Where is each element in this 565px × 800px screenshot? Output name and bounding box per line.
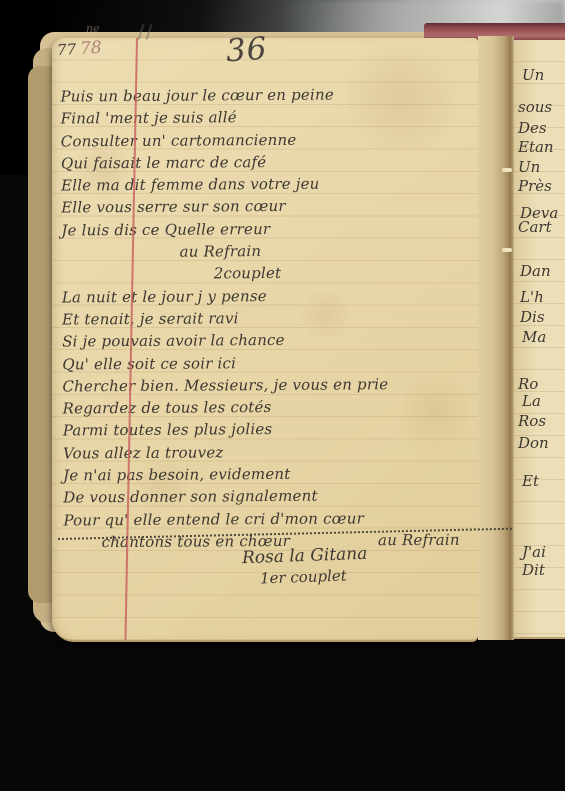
lyric-line: Regardez de tous les cotés	[63, 395, 479, 420]
left-page: Puis un beau jour le cœur en peine Final…	[52, 38, 478, 642]
next-page-edge: Un sous Des Etan Un Près Deva Cart Dan L…	[514, 40, 565, 639]
lyric-line: Si je pouvais avoir la chance	[62, 328, 478, 353]
next-page-line-fragment: Dit	[522, 561, 545, 579]
lyric-line: De vous donner son signalement	[63, 484, 479, 509]
next-page-line-fragment: Ma	[522, 328, 546, 346]
next-page-line-fragment: Dan	[520, 262, 551, 280]
lyric-line: Et tenait, je serait ravi	[62, 306, 478, 331]
next-page-line-fragment: Des	[518, 119, 547, 137]
paper-nick	[502, 168, 512, 172]
next-page-line-fragment: Ros	[518, 412, 546, 430]
corner-number-faded: 78	[80, 38, 103, 59]
lyric-line: Final 'ment je suis allé	[61, 105, 477, 130]
next-page-line-fragment: Etan	[518, 138, 554, 156]
next-page-line-fragment: Cart	[518, 218, 552, 236]
book-gutter-edges	[478, 36, 514, 640]
lyric-line: Consulter un' cartomancienne	[61, 127, 477, 152]
lyric-line: Puis un beau jour le cœur en peine	[60, 83, 476, 108]
next-page-line-fragment: Un	[522, 66, 544, 84]
next-page-line-fragment: La	[522, 392, 541, 410]
lyric-line: Vous allez la trouvez	[63, 439, 479, 464]
next-page-line-fragment: L'h	[520, 288, 544, 306]
corner-page-numbers: 7778	[57, 38, 103, 60]
next-page-line-fragment: Don	[518, 434, 549, 452]
couplet-label: 2couplet	[214, 261, 478, 285]
next-page-line-fragment: Près	[518, 177, 552, 195]
edge-note: ne	[86, 22, 100, 35]
next-page-line-fragment: Un	[518, 158, 540, 176]
lyric-line: Elle vous serre sur son cœur	[61, 194, 477, 219]
page-number: 36	[225, 31, 269, 70]
paper-nick	[502, 248, 512, 252]
next-page-line-fragment: Dis	[520, 308, 545, 326]
next-page-line-fragment: Et	[522, 472, 539, 490]
lyric-line: Je n'ai pas besoin, evidement	[63, 462, 479, 487]
lyric-line: Qu' elle soit ce soir ici	[62, 350, 478, 375]
lyric-line: Qui faisait le marc de café	[61, 149, 477, 174]
lyric-line: Je luis dis ce Quelle erreur	[61, 216, 477, 241]
next-page-line-fragment: J'ai	[522, 543, 546, 561]
lyric-line: Elle ma dit femme dans votre jeu	[61, 172, 477, 197]
lyrics-block: Puis un beau jour le cœur en peine Final…	[60, 83, 479, 554]
next-page-line-fragment: sous	[518, 98, 552, 116]
song-subtitle: 1er couplet	[260, 566, 347, 587]
closing-refrain-cue: au Refrain	[378, 531, 460, 550]
scan-border	[0, 791, 565, 800]
corner-number-dark: 77	[57, 40, 77, 59]
refrain-cue: au Refrain	[179, 239, 477, 263]
pencil-marks	[140, 24, 158, 40]
scanned-notebook-page: Puis un beau jour le cœur en peine Final…	[0, 0, 565, 800]
lyric-line: Parmi toutes les plus jolies	[63, 417, 479, 442]
lyric-line: La nuit et le jour j y pense	[62, 283, 478, 308]
next-page-line-fragment: Ro	[518, 375, 538, 393]
lyric-line: Chercher bien. Messieurs, je vous en pri…	[62, 372, 478, 397]
